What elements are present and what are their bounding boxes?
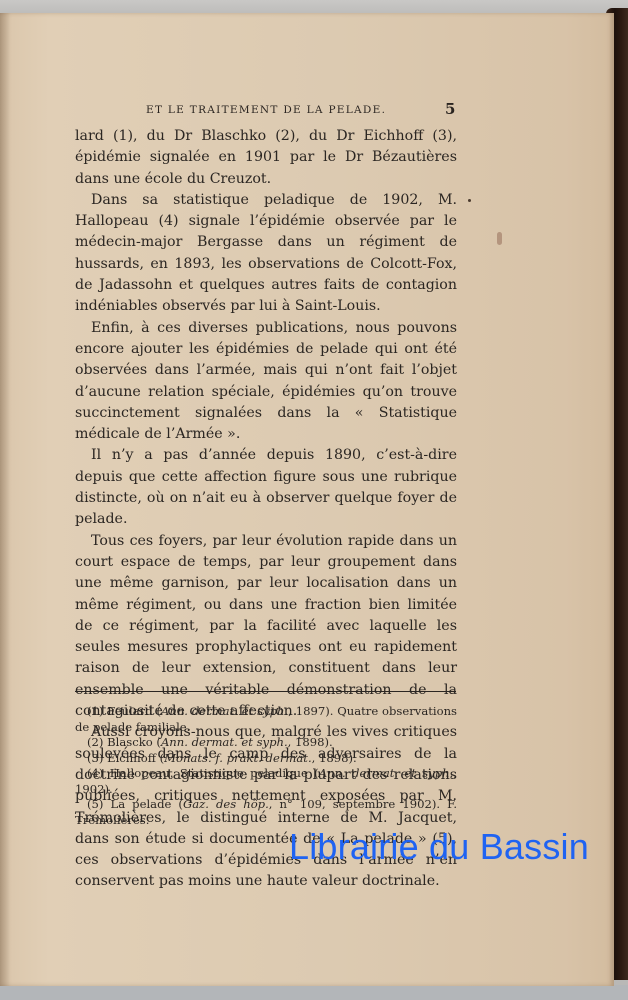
footnote-marker: (1): [87, 704, 103, 718]
footnote-author: Hallopeau. Statistique peladique: [110, 766, 308, 780]
backdrop-top: [0, 0, 628, 14]
paper-stain: [497, 232, 502, 245]
footnote-detail: , 1898).: [312, 751, 357, 765]
footnote-marker: (4): [87, 766, 103, 780]
footnote-detail: , 1898).: [288, 735, 333, 749]
footnote-source: Ann. dermat. et syph.: [161, 735, 288, 749]
footnote-3: (3) Eichhoff (Monats. f. prakt. dermat.,…: [75, 751, 457, 767]
footnote-1: (1) Feulard (Ann. dermat. et syph., 1897…: [75, 704, 457, 735]
paragraph-2: Dans sa statistique peladique de 1902, M…: [75, 190, 457, 318]
footnote-author: Feulard: [107, 704, 152, 718]
footnotes: (1) Feulard (Ann. dermat. et syph., 1897…: [75, 704, 457, 828]
footnote-2: (2) Blascko (Ann. dermat. et syph., 1898…: [75, 735, 457, 751]
footnote-marker: (2): [87, 735, 103, 749]
footnote-separator: [75, 691, 456, 692]
backdrop-bottom: [0, 985, 628, 1000]
page-number: 5: [445, 100, 455, 118]
footnote-source: Ann. dermat. et syph.: [319, 766, 454, 780]
footnote-author: Eichhoff: [107, 751, 156, 765]
footnote-source: Gaz. des hôp.: [183, 797, 269, 811]
watermark-text: Librairie du Bassin: [289, 826, 589, 868]
ink-speck: [468, 199, 471, 202]
paragraph-1: lard (1), du Dr Blaschko (2), du Dr Eich…: [75, 126, 457, 190]
footnote-5: (5) La pelade (Gaz. des hôp., n° 109, se…: [75, 797, 457, 828]
footnote-source: Ann. dermat. et syph.: [161, 704, 288, 718]
footnote-author: Blascko: [107, 735, 153, 749]
footnote-author: La pelade: [111, 797, 172, 811]
paragraph-3: Enfin, à ces diverses publications, nous…: [75, 318, 457, 446]
footnote-marker: (5): [87, 797, 103, 811]
paragraph-4: Il n’y a pas d’année depuis 1890, c’est-…: [75, 445, 457, 530]
footnote-source: Monats. f. prakt. dermat.: [164, 751, 311, 765]
running-head: ET LE TRAITEMENT DE LA PELADE.: [146, 104, 386, 116]
footnote-marker: (3): [87, 751, 103, 765]
footnote-4: (4) Hallopeau. Statistique peladique (An…: [75, 766, 457, 797]
paragraph-5: Tous ces foyers, par leur évolution rapi…: [75, 531, 457, 723]
